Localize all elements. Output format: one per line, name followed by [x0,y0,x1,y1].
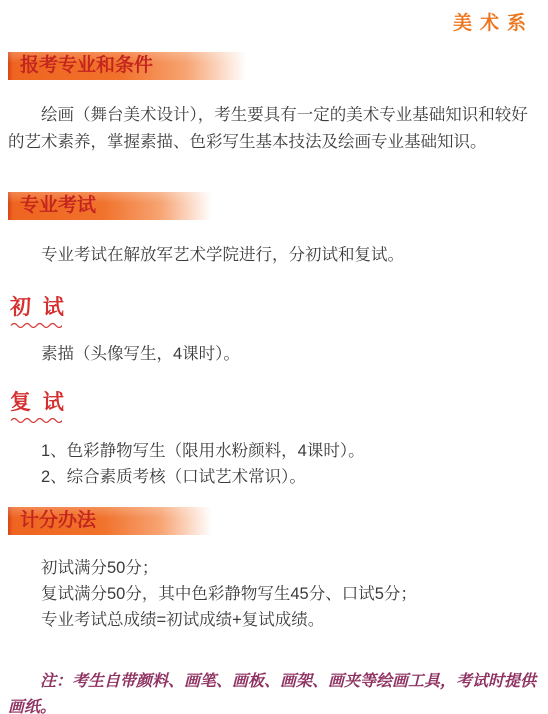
banner-apply-title: 报考专业和条件 [20,55,153,76]
list-item: 1、色彩静物写生（限用水粉颜料，4课时）。 [8,438,540,464]
document-page: 美术系 报考专业和条件 绘画（舞台美术设计），考生要具有一定的美术专业基础知识和… [0,0,548,714]
banner-exam-section: 专业考试 [8,192,220,220]
banner-scoring-section: 计分办法 [8,507,220,535]
scoring-line: 专业考试总成绩=初试成绩+复试成绩。 [8,607,540,633]
footnote: 注：考生自带颜料、画笔、画板、画架、画夹等绘画工具，考试时提供画纸。 [8,668,540,714]
banner-apply-section: 报考专业和条件 [8,52,256,80]
banner-scoring-title: 计分办法 [20,510,96,531]
list-item: 2、综合素质考核（口试艺术常识）。 [8,464,540,490]
paragraph-exam-location: 专业考试在解放军艺术学院进行，分初试和复试。 [8,242,540,269]
wavy-underline [10,416,62,423]
paragraph-apply-requirements: 绘画（舞台美术设计），考生要具有一定的美术专业基础知识和较好的艺术素养，掌握素描… [8,102,540,156]
wavy-underline [10,321,62,328]
scoring-line: 复试满分50分，其中色彩静物写生45分、口试5分； [8,581,540,607]
banner-exam-title: 专业考试 [20,195,96,216]
paragraph-first-round-subject: 素描（头像写生，4课时）。 [8,341,540,368]
scoring-lines: 初试满分50分； 复试满分50分，其中色彩静物写生45分、口试5分； 专业考试总… [0,555,548,633]
department-title: 美术系 [0,0,548,32]
second-round-list: 1、色彩静物写生（限用水粉颜料，4课时）。 2、综合素质考核（口试艺术常识）。 [0,438,548,490]
heading-second-round: 复 试 [10,391,548,414]
heading-first-round: 初 试 [10,296,548,319]
scoring-line: 初试满分50分； [8,555,540,581]
